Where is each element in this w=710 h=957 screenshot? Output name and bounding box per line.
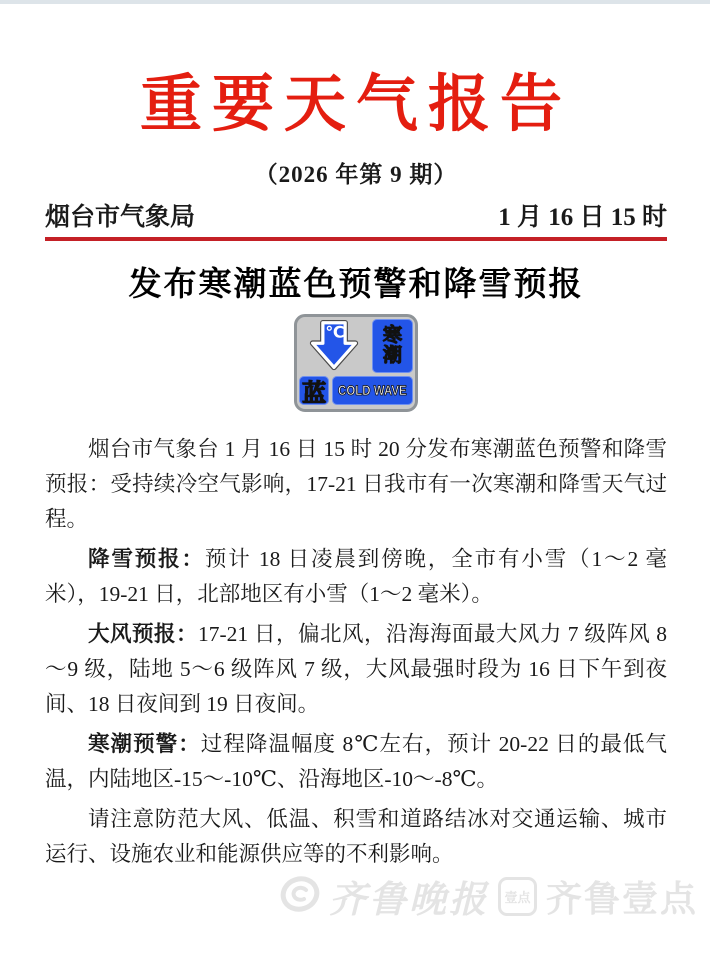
paragraph-snow-forecast: 降雪预报：预计 18 日凌晨到傍晚，全市有小雪（1～2 毫米），19-21 日，…	[45, 542, 667, 612]
report-body: 烟台市气象台 1 月 16 日 15 时 20 分发布寒潮蓝色预警和降雪预报：受…	[45, 432, 667, 872]
warning-icon-container: ℃ 寒 潮 蓝 COLD WAVE	[45, 314, 667, 412]
qilu-yidian-wordmark: 齐鲁壹点	[546, 871, 698, 922]
snow-forecast-label: 降雪预报：	[88, 547, 205, 571]
svg-text:℃: ℃	[325, 325, 344, 342]
weather-report-document: 重要天气报告 （2026 年第 9 期） 烟台市气象局 1 月 16 日 15 …	[45, 0, 667, 877]
cold-wave-en-text: COLD WAVE	[338, 383, 407, 398]
wind-forecast-label: 大风预报：	[88, 622, 198, 646]
cold-wave-blue-alert-icon: ℃ 寒 潮 蓝 COLD WAVE	[294, 314, 418, 412]
alert-level-blue-label: 蓝	[299, 376, 329, 405]
cold-wave-char-1: 寒	[383, 326, 402, 346]
qilu-swirl-logo-icon	[280, 874, 320, 919]
issuing-agency: 烟台市气象局	[45, 197, 195, 233]
cold-wave-label-en: COLD WAVE	[332, 376, 413, 405]
report-headline: 发布寒潮蓝色预警和降雪预报	[45, 258, 667, 305]
cold-wave-char-2: 潮	[383, 346, 402, 366]
alert-level-text: 蓝	[302, 373, 326, 408]
advice-text: 请注意防范大风、低温、积雪和道路结冰对交通运输、城市运行、设施农业和能源供应等的…	[45, 807, 667, 866]
paragraph-cold-wave-warning: 寒潮预警：过程降温幅度 8℃左右，预计 20-22 日的最低气温，内陆地区-15…	[45, 727, 667, 797]
paragraph-advice: 请注意防范大风、低温、积雪和道路结冰对交通运输、城市运行、设施农业和能源供应等的…	[45, 802, 667, 872]
yidian-app-badge-icon: 壹点	[498, 877, 537, 916]
cold-wave-warning-label: 寒潮预警：	[88, 732, 201, 756]
red-divider-rule	[45, 237, 667, 241]
issue-number: （2026 年第 9 期）	[45, 156, 667, 189]
paragraph-wind-forecast: 大风预报：17-21 日，偏北风，沿海海面最大风力 7 级阵风 8～9 级，陆地…	[45, 617, 667, 722]
temperature-drop-arrow-icon: ℃	[299, 319, 369, 373]
issue-datetime: 1 月 16 日 15 时	[498, 197, 667, 233]
cold-wave-label-cn: 寒 潮	[372, 319, 413, 373]
qilu-evening-news-wordmark: 齐鲁晚报	[329, 869, 489, 923]
watermark: 齐鲁晚报 壹点 齐鲁壹点	[280, 869, 698, 923]
paragraph-intro-text: 烟台市气象台 1 月 16 日 15 时 20 分发布寒潮蓝色预警和降雪预报：受…	[45, 437, 667, 531]
document-title: 重要天气报告	[45, 68, 667, 142]
document-header-row: 烟台市气象局 1 月 16 日 15 时	[45, 197, 667, 233]
paragraph-intro: 烟台市气象台 1 月 16 日 15 时 20 分发布寒潮蓝色预警和降雪预报：受…	[45, 432, 667, 537]
